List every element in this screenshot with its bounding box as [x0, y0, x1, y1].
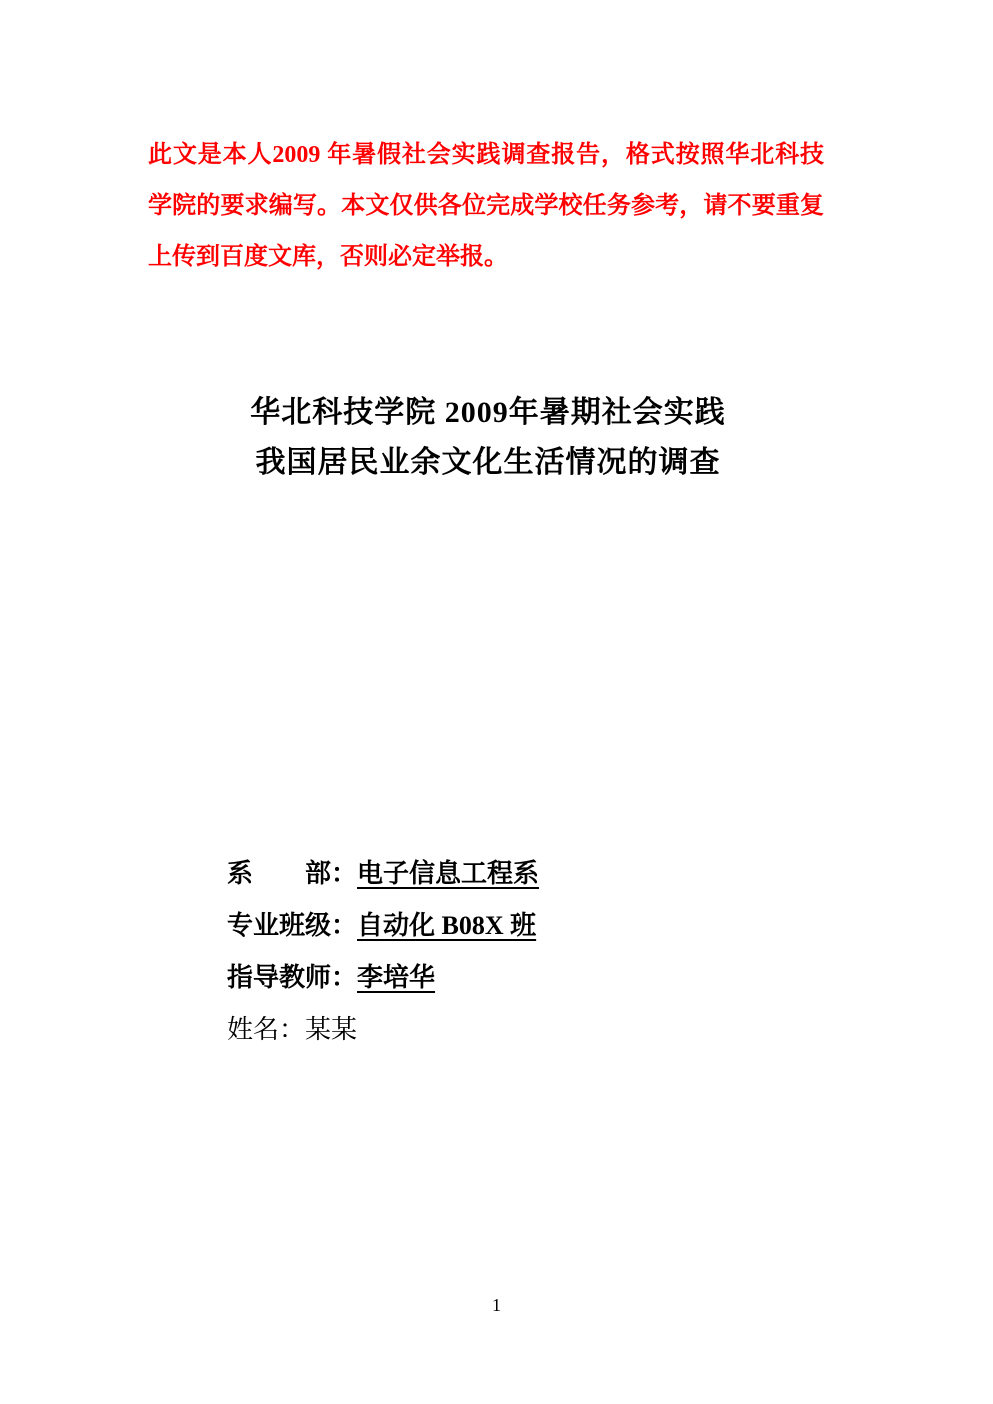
- department-label: 系 部：: [227, 859, 357, 888]
- name-label: 姓名：: [227, 1015, 305, 1044]
- name-value: 某某: [305, 1015, 357, 1044]
- page-number: 1: [0, 1293, 993, 1317]
- document-title: 华北科技学院 2009年暑期社会实践 我国居民业余文化生活情况的调查: [0, 388, 976, 488]
- info-row-department: 系 部：电子信息工程系: [227, 848, 539, 900]
- info-row-name: 姓名：某某: [227, 1004, 539, 1056]
- document-title-line1: 华北科技学院 2009年暑期社会实践: [0, 388, 976, 438]
- cover-info-form: 系 部：电子信息工程系 专业班级：自动化 B08X 班 指导教师：李培华 姓名：…: [227, 848, 539, 1056]
- document-page: 此文是本人2009 年暑假社会实践调查报告，格式按照华北科技学院的要求编写。本文…: [0, 0, 993, 1404]
- info-row-class: 专业班级：自动化 B08X 班: [227, 900, 539, 952]
- class-label: 专业班级：: [227, 911, 357, 940]
- info-row-advisor: 指导教师：李培华: [227, 952, 539, 1004]
- warning-notice-paragraph: 此文是本人2009 年暑假社会实践调查报告，格式按照华北科技学院的要求编写。本文…: [148, 130, 824, 283]
- department-value: 电子信息工程系: [357, 859, 539, 888]
- document-title-line2: 我国居民业余文化生活情况的调查: [0, 438, 976, 488]
- advisor-label: 指导教师：: [227, 963, 357, 992]
- advisor-value: 李培华: [357, 963, 435, 992]
- class-value: 自动化 B08X 班: [357, 911, 536, 940]
